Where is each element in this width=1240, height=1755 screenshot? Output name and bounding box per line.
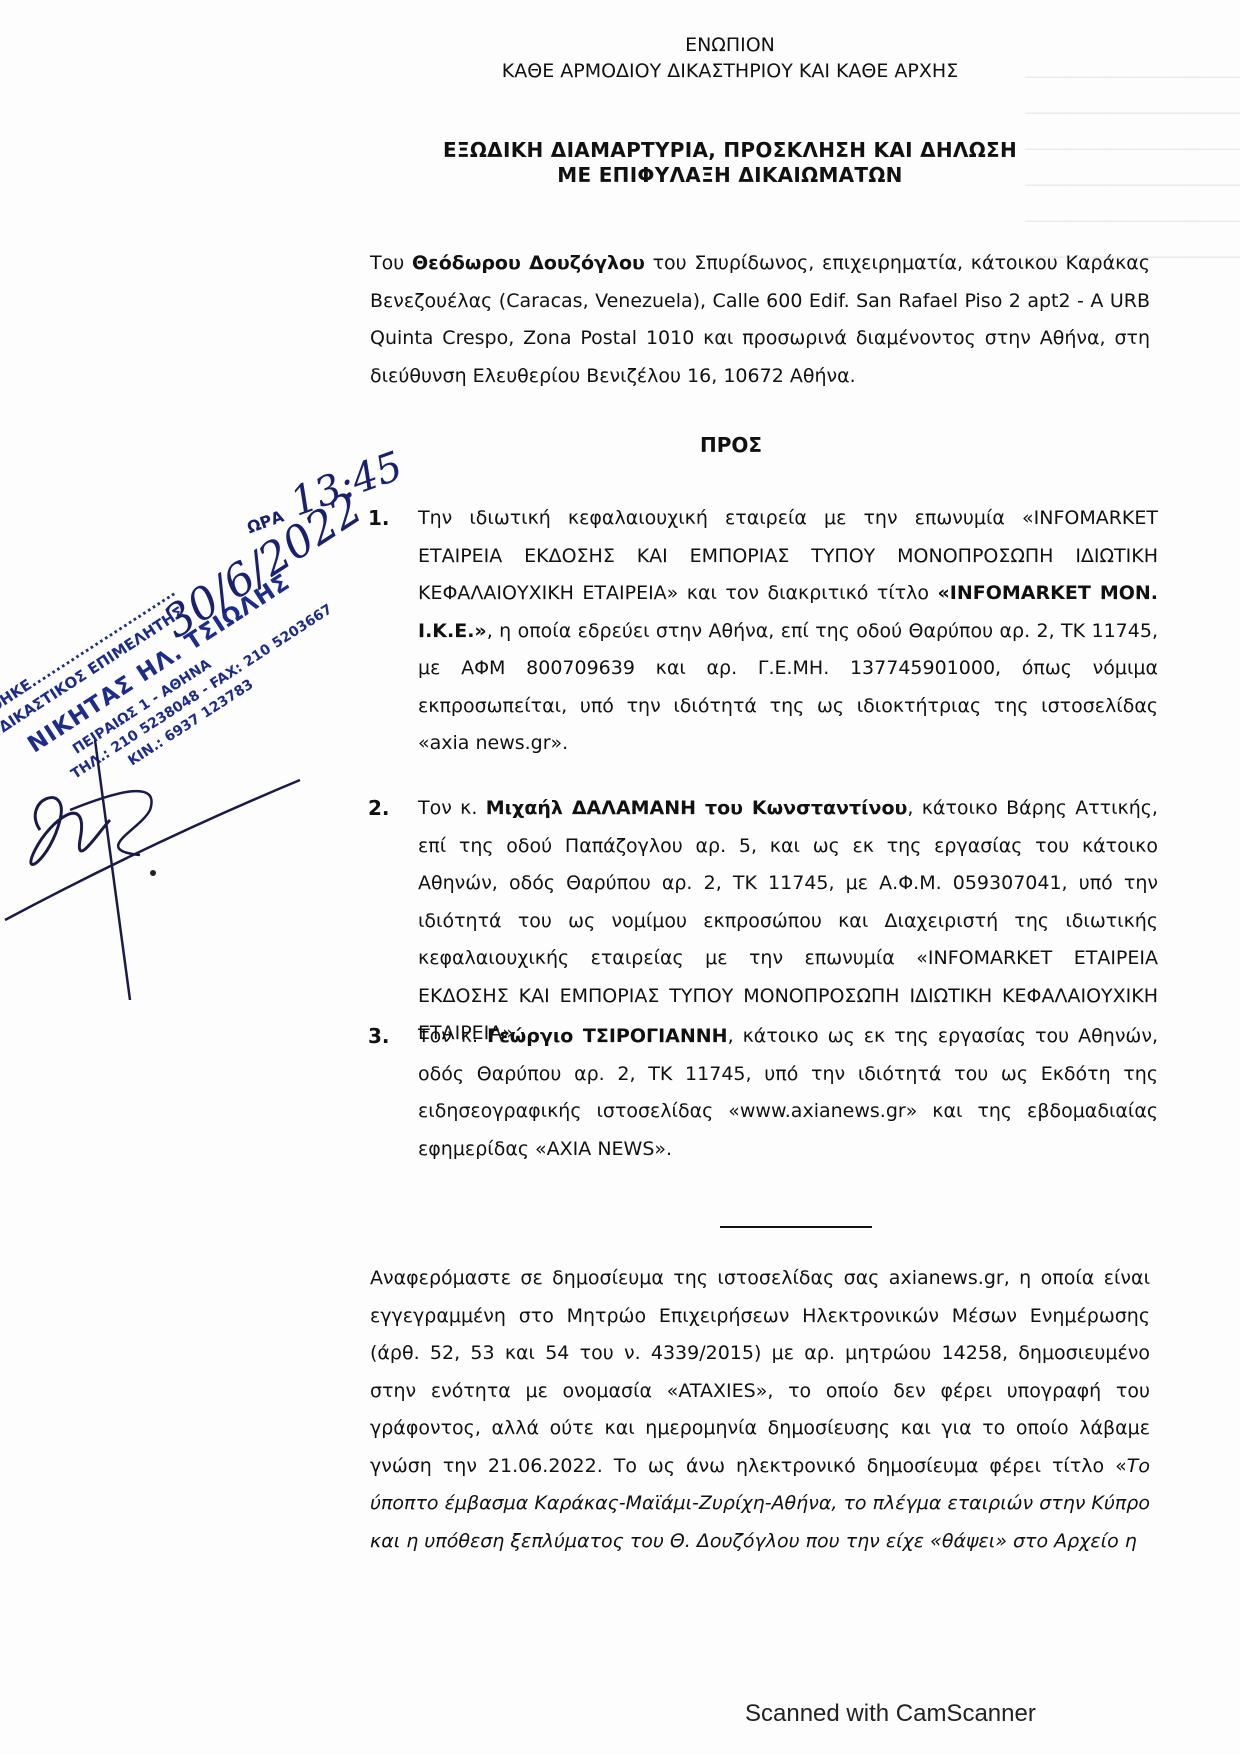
recipient-item: 1. Την ιδιωτική κεφαλαιουχική εταιρεία μ… [368, 500, 1158, 790]
recipient-number: 3. [368, 1018, 390, 1056]
to-heading: ΠΡΟΣ [700, 433, 762, 457]
title-line-2: ΜΕ ΕΠΙΦΥΛΑΞΗ ΔΙΚΑΙΩΜΑΤΩΝ [430, 163, 1030, 188]
recipient-number: 2. [368, 790, 390, 828]
body-paragraph: Αναφερόμαστε σε δημοσίευμα της ιστοσελίδ… [370, 1260, 1150, 1560]
document-title: ΕΞΩΔΙΚΗ ΔΙΑΜΑΡΤΥΡΙΑ, ΠΡΟΣΚΛΗΣΗ ΚΑΙ ΔΗΛΩΣ… [430, 138, 1030, 188]
recipient-text: Τον κ. [418, 1025, 487, 1047]
body-text: Αναφερόμαστε σε δημοσίευμα της ιστοσελίδ… [370, 1267, 1150, 1477]
section-divider [720, 1226, 872, 1228]
recipients-list: 1. Την ιδιωτική κεφαλαιουχική εταιρεία μ… [368, 500, 1158, 1168]
recipient-bold: Μιχαήλ ΔΑΛΑΜΑΝΗ του Κωνσταντίνου [486, 797, 908, 819]
recipient-text: , η οποία εδρεύει στην Αθήνα, επί της οδ… [418, 620, 1158, 755]
recipient-text: , κάτοικο Βάρης Αττικής, επί της οδού Πα… [418, 797, 1158, 1044]
recipient-text: Τον κ. [418, 797, 486, 819]
recipient-item: 3. Τον κ. Γεώργιο ΤΣΙΡΟΓΙΑΝΝΗ, κάτοικο ω… [368, 1018, 1158, 1168]
signature-scribble [0, 680, 360, 1000]
sender-name: Θεόδωρου Δουζόγλου [412, 252, 645, 274]
recipient-number: 1. [368, 500, 390, 538]
recipient-item: 2. Τον κ. Μιχαήλ ΔΑΛΑΜΑΝΗ του Κωνσταντίν… [368, 790, 1158, 1018]
court-addressee: ΕΝΩΠΙΟΝ ΚΑΘΕ ΑΡΜΟΔΙΟΥ ΔΙΚΑΣΤΗΡΙΟΥ ΚΑΙ ΚΑ… [430, 32, 1030, 84]
sender-paragraph: Του Θεόδωρου Δουζόγλου του Σπυρίδωνος, ε… [370, 245, 1150, 395]
camscanner-watermark: Scanned with CamScanner [745, 1700, 1036, 1728]
court-line-2: ΚΑΘΕ ΑΡΜΟΔΙΟΥ ΔΙΚΑΣΤΗΡΙΟΥ ΚΑΙ ΚΑΘΕ ΑΡΧΗΣ [430, 58, 1030, 84]
stray-dot [150, 870, 156, 876]
intro-prefix: Του [370, 252, 412, 274]
court-line-1: ΕΝΩΠΙΟΝ [430, 32, 1030, 58]
document-page: ────────────────────────────────────────… [0, 0, 1240, 1755]
recipient-bold: Γεώργιο ΤΣΙΡΟΓΙΑΝΝΗ [487, 1025, 727, 1047]
title-line-1: ΕΞΩΔΙΚΗ ΔΙΑΜΑΡΤΥΡΙΑ, ΠΡΟΣΚΛΗΣΗ ΚΑΙ ΔΗΛΩΣ… [430, 138, 1030, 163]
